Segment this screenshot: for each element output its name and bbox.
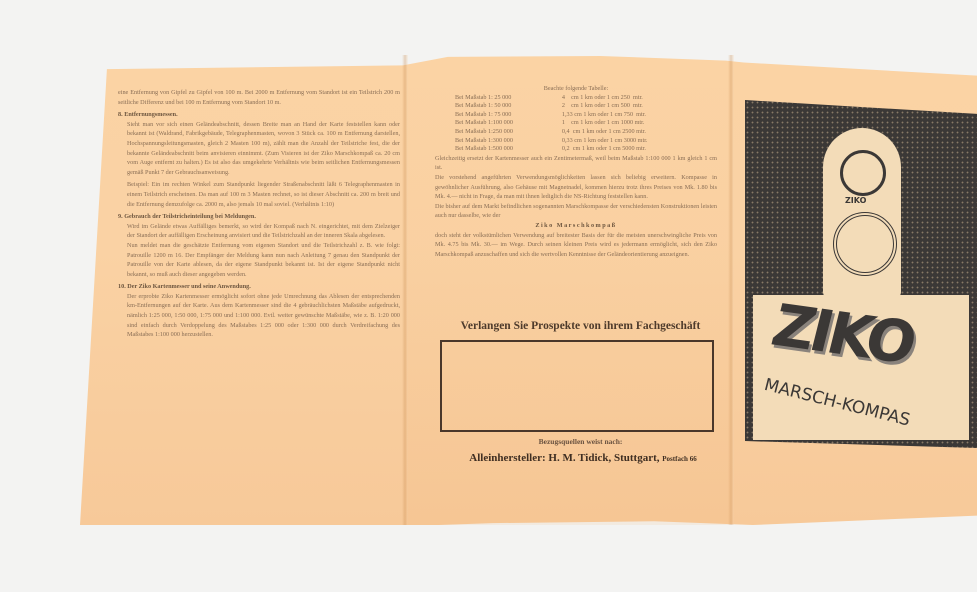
brand-line: Ziko Marschkompaß bbox=[435, 221, 717, 231]
section-heading: 9. Gebrauch der Teilstricheinteilung bei… bbox=[118, 212, 400, 222]
section-example: Beispiel: Ein im rechten Winkel zum Stan… bbox=[118, 180, 400, 209]
dealer-stamp-box bbox=[440, 340, 714, 432]
section-body: Wird im Gelände etwas Auffälliges bemerk… bbox=[118, 222, 400, 241]
manufacturer-name: Alleinhersteller: H. M. Tidick, Stuttgar… bbox=[469, 452, 659, 464]
scale-cell: Bei Maßstab 1:500 000 bbox=[435, 145, 562, 154]
table-row: Bei Maßstab 1:500 0000,2 cm 1 km oder 1 … bbox=[435, 145, 717, 154]
paragraph: Gleichzeitig ersetzt der Kartenmesser au… bbox=[435, 154, 717, 173]
scale-cell: Bei Maßstab 1: 25 000 bbox=[435, 94, 562, 103]
paragraph: doch steht der volkstümlichen Verwendung… bbox=[435, 231, 717, 260]
table-row: Bei Maßstab 1:300 0000,33 cm 1 km oder 1… bbox=[435, 137, 717, 146]
section-body: Sieht man vor sich einen Geländeabschnit… bbox=[118, 120, 400, 178]
compass-dial-icon bbox=[840, 150, 886, 196]
value-cell: 1,33 cm 1 km oder 1 cm 750 mtr. bbox=[562, 111, 717, 120]
left-panel: eine Entfernung von Gipfel zu Gipfel von… bbox=[118, 88, 400, 340]
value-cell: 4 cm 1 km oder 1 cm 250 mtr. bbox=[562, 94, 717, 103]
paragraph: Die vorstehend angeführten Verwendungsmö… bbox=[435, 173, 717, 202]
scale-table: Bei Maßstab 1: 25 0004 cm 1 km oder 1 cm… bbox=[435, 94, 717, 154]
scale-cell: Bei Maßstab 1: 75 000 bbox=[435, 111, 562, 120]
value-cell: 2 cm 1 km oder 1 cm 500 mtr. bbox=[562, 102, 717, 111]
compass-label: ZIKO bbox=[845, 196, 866, 205]
section-body: Der erprobte Ziko Kartenmesser ermöglich… bbox=[118, 292, 400, 340]
table-row: Bei Maßstab 1: 50 0002 cm 1 km oder 1 cm… bbox=[435, 102, 717, 111]
prospectus-call-to-action: Verlangen Sie Prospekte von ihrem Fachge… bbox=[438, 320, 723, 332]
sources-label: Bezugsquellen weist nach: bbox=[438, 437, 723, 446]
intro-text: eine Entfernung von Gipfel zu Gipfel von… bbox=[118, 88, 400, 107]
middle-panel: Beachte folgende Tabelle: Bei Maßstab 1:… bbox=[435, 84, 717, 259]
value-cell: 0,4 cm 1 km oder 1 cm 2500 mtr. bbox=[562, 128, 717, 137]
scale-cell: Bei Maßstab 1: 50 000 bbox=[435, 102, 562, 111]
compass-rose-icon bbox=[833, 212, 897, 276]
value-cell: 1 cm 1 km oder 1 cm 1000 mtr. bbox=[562, 119, 717, 128]
table-title: Beachte folgende Tabelle: bbox=[435, 84, 717, 94]
manufacturer-po-box: Postfach 66 bbox=[662, 455, 696, 463]
paragraph: Die bisher auf dem Markt befindlichen so… bbox=[435, 202, 717, 221]
scale-cell: Bei Maßstab 1:250 000 bbox=[435, 128, 562, 137]
section-body: Nun meldet man die geschätzte Entfernung… bbox=[118, 241, 400, 279]
table-row: Bei Maßstab 1:100 0001 cm 1 km oder 1 cm… bbox=[435, 119, 717, 128]
cover-illustration: ZIKO ZIKO MARSCH-KOMPAS bbox=[745, 100, 977, 448]
scale-cell: Bei Maßstab 1:100 000 bbox=[435, 119, 562, 128]
table-row: Bei Maßstab 1: 25 0004 cm 1 km oder 1 cm… bbox=[435, 94, 717, 103]
fold-line bbox=[728, 55, 734, 525]
table-row: Bei Maßstab 1: 75 0001,33 cm 1 km oder 1… bbox=[435, 111, 717, 120]
table-row: Bei Maßstab 1:250 0000,4 cm 1 km oder 1 … bbox=[435, 128, 717, 137]
manufacturer-line: Alleinhersteller: H. M. Tidick, Stuttgar… bbox=[438, 452, 728, 464]
value-cell: 0,2 cm 1 km oder 1 cm 5000 mtr. bbox=[562, 145, 717, 154]
section-heading: 10. Der Ziko Kartenmesser und seine Anwe… bbox=[118, 282, 400, 292]
section-heading: 8. Entfernungsmessen. bbox=[118, 110, 400, 120]
value-cell: 0,33 cm 1 km oder 1 cm 3000 mtr. bbox=[562, 137, 717, 146]
fold-line bbox=[402, 55, 408, 525]
scale-cell: Bei Maßstab 1:300 000 bbox=[435, 137, 562, 146]
